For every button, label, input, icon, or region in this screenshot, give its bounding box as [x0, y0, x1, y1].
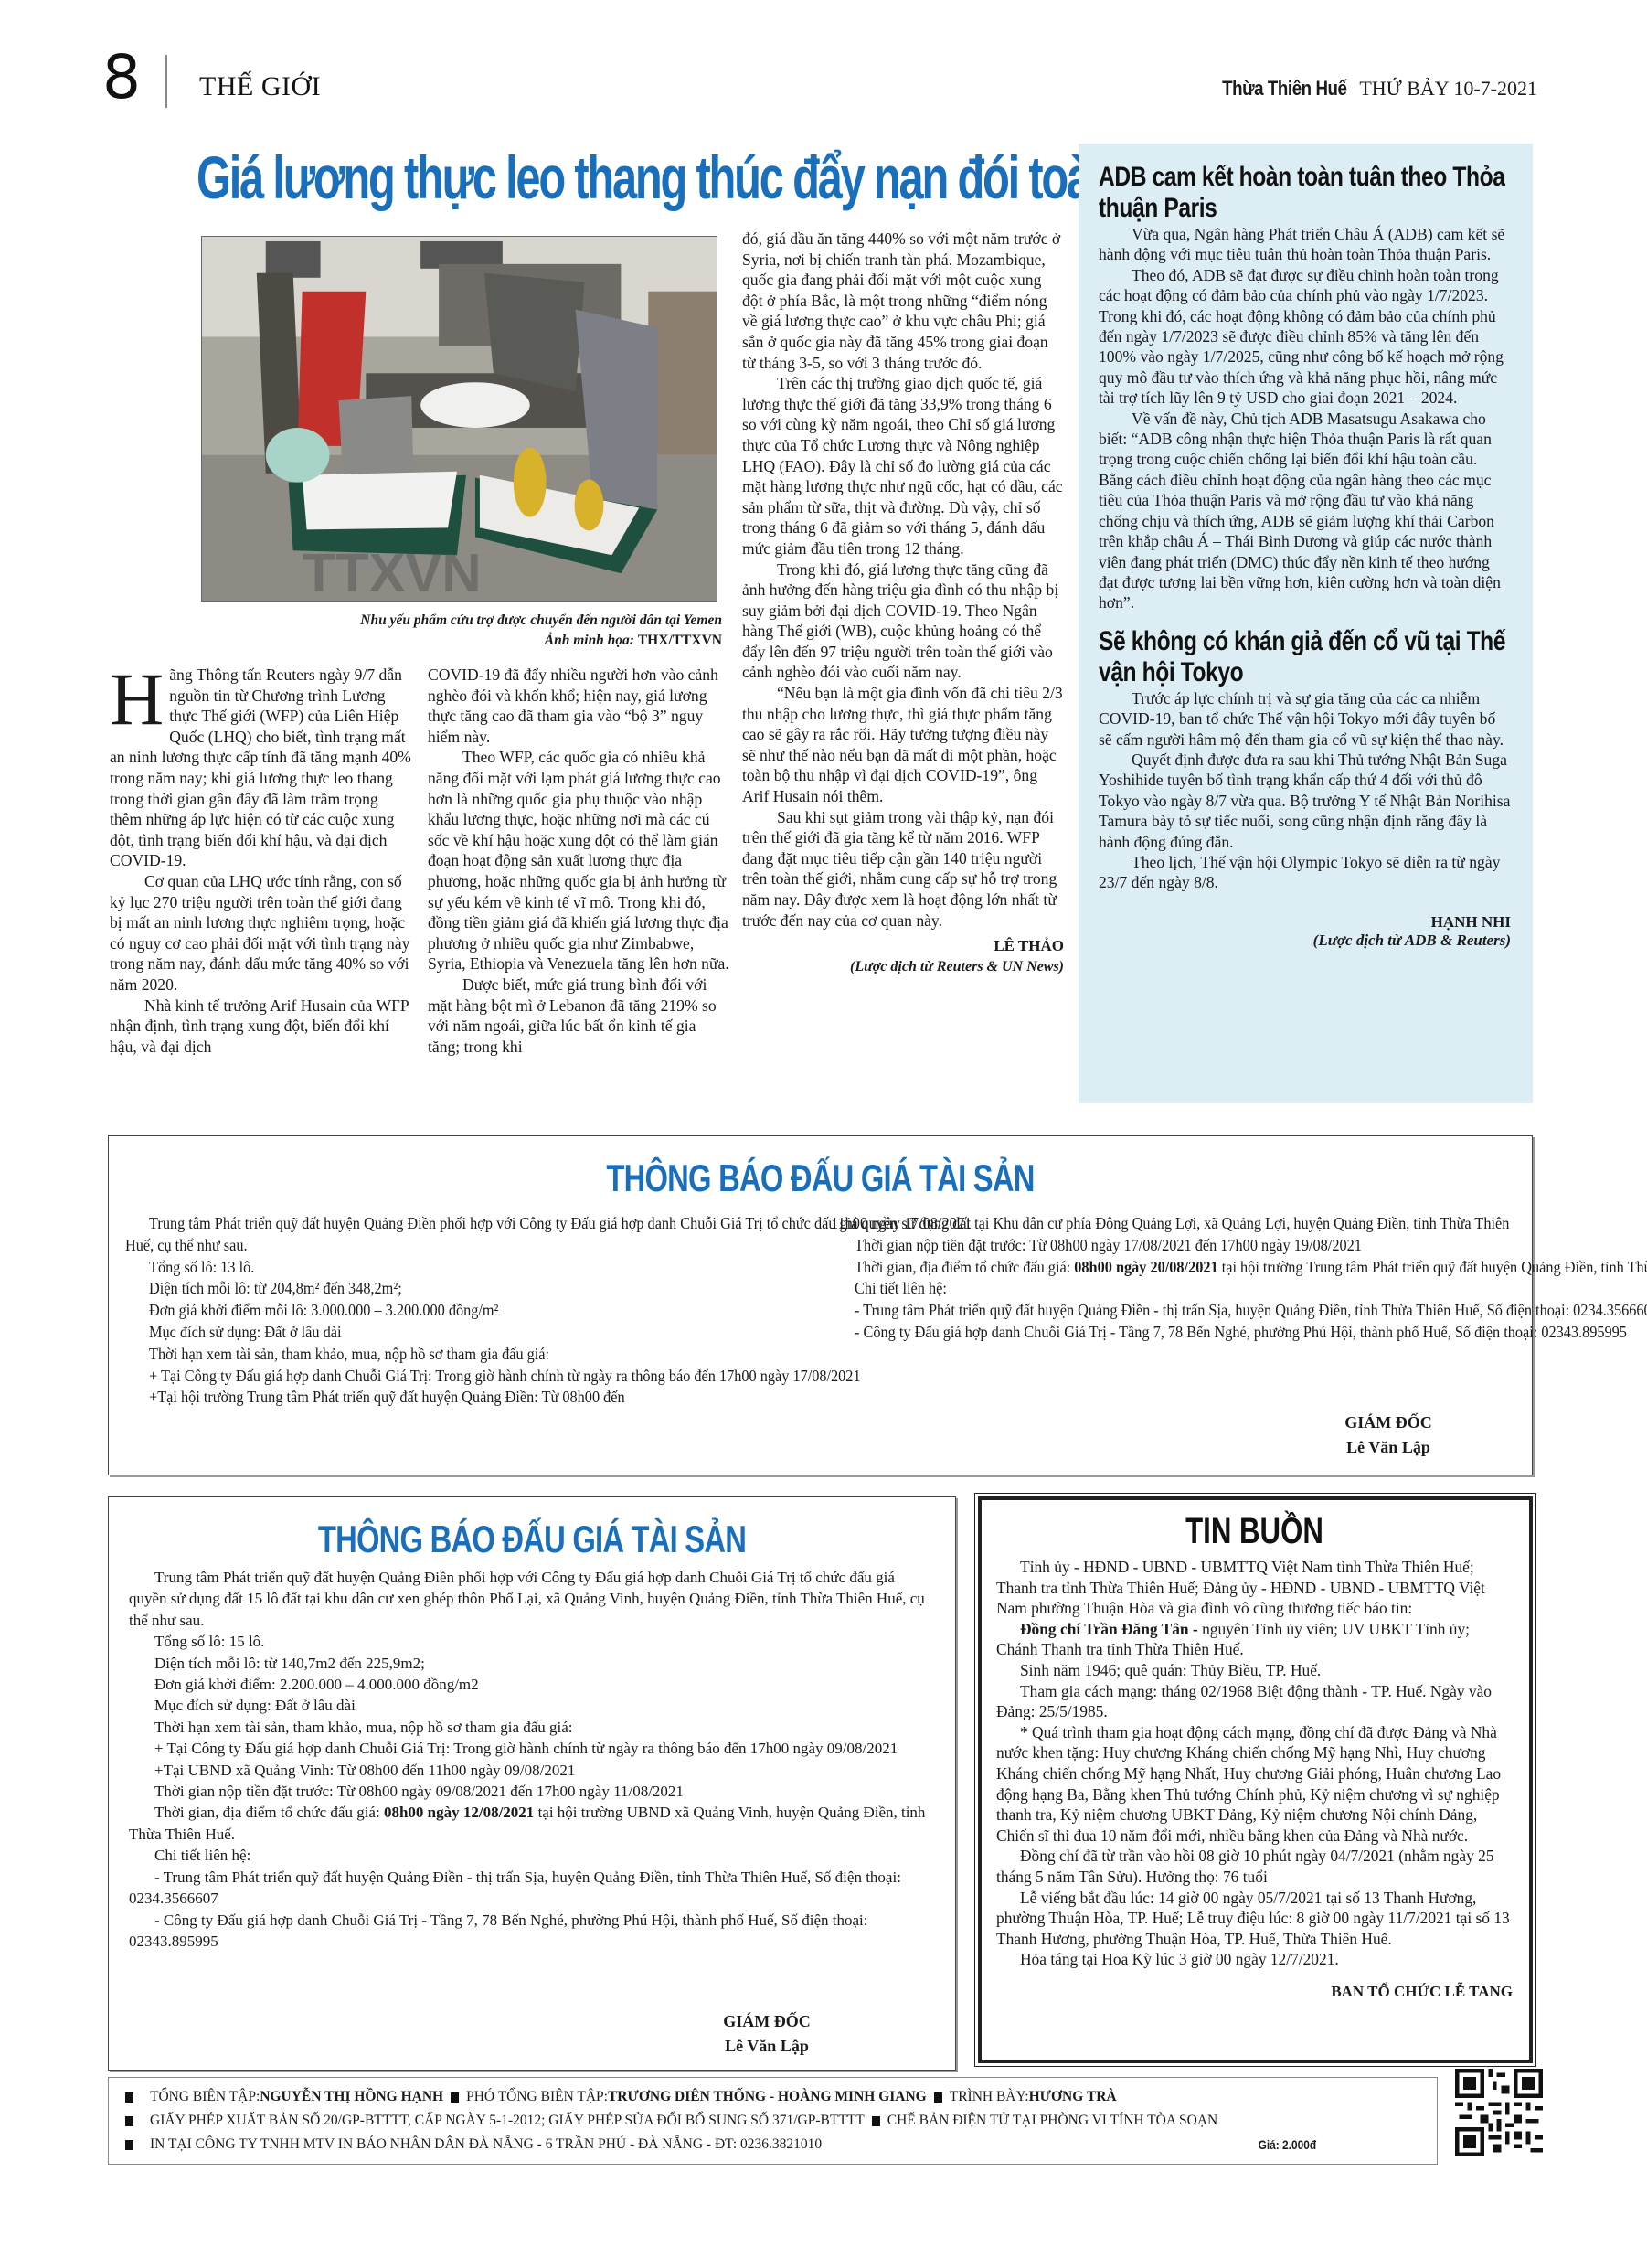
article-column-3: đó, giá dầu ăn tăng 440% so với một năm … [742, 229, 1064, 977]
article-paragraph: Trong khi đó, giá lương thực tăng cũng đ… [742, 559, 1064, 684]
square-bullet-icon [451, 2092, 459, 2103]
square-bullet-icon [125, 2116, 133, 2126]
notice-line: Thời hạn xem tài sản, tham khảo, mua, nộ… [125, 1344, 1541, 1366]
brief-author: HẠNH NHI [1099, 913, 1511, 932]
article-paragraph: Trên các thị trường giao dịch quốc tế, g… [742, 373, 1064, 559]
notice-right-column: 11h00 ngày 17/08/2021 Thời gian nộp tiền… [831, 1213, 1647, 1344]
article-paragraph: đó, giá dầu ăn tăng 440% so với một năm … [742, 229, 1064, 373]
layout-designer: HƯƠNG TRÀ [1029, 2085, 1117, 2109]
notice-signature: GIÁM ĐỐC Lê Văn Lập [1297, 1411, 1480, 1460]
notice-title: THÔNG BÁO ĐẤU GIÁ TÀI SẢN [202, 1514, 862, 1565]
brief-body-adb: Vừa qua, Ngân hàng Phát triển Châu Á (AD… [1099, 224, 1511, 613]
imprint-footer: TỔNG BIÊN TẬP: NGUYỄN THỊ HỒNG HẠNH PHÓ … [108, 2077, 1438, 2165]
article-source: (Lược dịch từ Reuters & UN News) [742, 957, 1064, 978]
notice-line: + Tại Công ty Đấu giá hợp danh Chuỗi Giá… [129, 1738, 933, 1759]
notice-line: Trung tâm Phát triển quỹ đất huyện Quảng… [129, 1567, 933, 1631]
article-paragraph: “Nếu bạn là một gia đình vốn đã chi tiêu… [742, 683, 1064, 807]
notice-line: Diện tích mỗi lô: từ 140,7m2 đến 225,9m2… [129, 1653, 933, 1674]
caption-text: Nhu yếu phẩm cứu trợ được chuyển đến ngư… [201, 611, 722, 631]
signer-title: GIÁM ĐỐC [675, 2009, 858, 2034]
printer-text: IN TẠI CÔNG TY TNHH MTV IN BÁO NHÂN DÂN … [150, 2133, 822, 2156]
brief-paragraph: Trước áp lực chính trị và sự gia tăng củ… [1099, 688, 1511, 750]
article-paragraph: Được biết, mức giá trung bình đối với mặ… [428, 974, 729, 1057]
qr-code-icon[interactable] [1455, 2069, 1543, 2156]
cover-price: Giá: 2.000đ [1259, 2133, 1316, 2156]
square-bullet-icon [125, 2092, 133, 2103]
notice-line: Thời hạn xem tài sản, tham khảo, mua, nộ… [129, 1717, 933, 1738]
notice-line: - Công ty Đấu giá hợp danh Chuỗi Giá Trị… [129, 1910, 933, 1953]
section-title: THẾ GIỚI [199, 71, 321, 102]
typeset-text: CHẾ BẢN ĐIỆN TỬ TẠI PHÒNG VI TÍNH TÒA SO… [887, 2109, 1218, 2133]
notice-line: Chi tiết liên hệ: [129, 1845, 933, 1866]
main-headline: Giá lương thực leo thang thúc đẩy nạn đó… [197, 137, 845, 218]
notice-line: +Tại hội trường Trung tâm Phát triển quỹ… [125, 1387, 1541, 1409]
editor-in-chief: NGUYỄN THỊ HỒNG HẠNH [260, 2085, 443, 2109]
brief-body-tokyo: Trước áp lực chính trị và sự gia tăng củ… [1099, 688, 1511, 893]
obituary-line: Tỉnh ủy - HĐND - UBND - UBMTTQ Việt Nam … [996, 1557, 1513, 1619]
article-column-1: Hãng Thông tấn Reuters ngày 9/7 dẫn nguồ… [110, 665, 411, 1057]
article-paragraph: Nhà kinh tế trưởng Arif Husain của WFP n… [110, 996, 411, 1058]
license-text: GIẤY PHÉP XUẤT BẢN SỐ 20/GP-BTTTT, CẤP N… [150, 2109, 865, 2133]
obituary-signature: BAN TỔ CHỨC LỄ TANG [996, 1983, 1513, 2001]
brief-paragraph: Quyết định được đưa ra sau khi Thủ tướng… [1099, 750, 1511, 852]
article-paragraph: COVID-19 đã đẩy nhiều người hơn vào cảnh… [428, 665, 729, 747]
page-number: 8 [102, 48, 141, 108]
obituary-line: Hỏa táng tại Hoa Kỳ lúc 3 giờ 00 ngày 12… [996, 1949, 1513, 1970]
notice-line: Tổng số lô: 15 lô. [129, 1631, 933, 1652]
obituary-notice: TIN BUỒN Tỉnh ủy - HĐND - UBND - UBMTTQ … [978, 1496, 1533, 2063]
signer-title: GIÁM ĐỐC [1297, 1411, 1480, 1435]
news-brief-sidebar: ADB cam kết hoàn toàn tuân theo Thỏa thu… [1079, 144, 1533, 1103]
brief-source: (Lược dịch từ ADB & Reuters) [1099, 932, 1511, 950]
photo-credit: Ảnh minh họa: THX/TTXVN [201, 631, 722, 651]
footer-staff-line: TỔNG BIÊN TẬP: NGUYỄN THỊ HỒNG HẠNH PHÓ … [125, 2085, 1422, 2109]
brief-paragraph: Về vấn đề này, Chủ tịch ADB Masatsugu As… [1099, 409, 1511, 613]
auction-notice-1: THÔNG BÁO ĐẤU GIÁ TÀI SẢN Trung tâm Phát… [108, 1135, 1533, 1475]
signer-name: Lê Văn Lập [675, 2034, 858, 2059]
svg-text:TTXVN: TTXVN [303, 542, 482, 601]
obituary-line: Lễ viếng bắt đầu lúc: 14 giờ 00 ngày 05/… [996, 1888, 1513, 1950]
obituary-line: Đồng chí Trần Đăng Tân - nguyên Tỉnh ủy … [996, 1619, 1513, 1660]
obituary-title: TIN BUỒN [1053, 1509, 1456, 1553]
masthead: Thừa Thiên Huế THỨ BẢY 10-7-2021 [1200, 77, 1537, 101]
notice-line: +Tại UBND xã Quảng Vinh: Từ 08h00 đến 11… [129, 1760, 933, 1781]
article-paragraph: Theo WFP, các quốc gia có nhiều khả năng… [428, 747, 729, 974]
article-paragraph: Cơ quan của LHQ ước tính rằng, con số kỷ… [110, 871, 411, 996]
notice-line: Thời gian nộp tiền đặt trước: Từ 08h00 n… [129, 1781, 933, 1802]
brief-paragraph: Vừa qua, Ngân hàng Phát triển Châu Á (AD… [1099, 224, 1511, 265]
notice-signature: GIÁM ĐỐC Lê Văn Lập [675, 2009, 858, 2059]
obituary-line: Đồng chí đã từ trần vào hồi 08 giờ 10 ph… [996, 1846, 1513, 1887]
notice-title: THÔNG BÁO ĐẤU GIÁ TÀI SẢN [265, 1153, 1375, 1204]
signer-name: Lê Văn Lập [1297, 1435, 1480, 1460]
article-paragraph: Sau khi sụt giảm trong vài thập kỷ, nạn … [742, 807, 1064, 932]
notice-line: Đơn giá khởi điểm: 2.200.000 – 4.000.000… [129, 1674, 933, 1695]
photo-image-icon: TTXVN [202, 237, 717, 601]
obituary-body: Tỉnh ủy - HĐND - UBND - UBMTTQ Việt Nam … [996, 1557, 1513, 1970]
header-divider [165, 55, 167, 108]
brief-title-tokyo: Sẽ không có khán giả đến cổ vũ tại Thế v… [1099, 626, 1511, 688]
notice-line: - Trung tâm Phát triển quỹ đất huyện Quả… [129, 1867, 933, 1910]
article-photo: TTXVN [201, 236, 717, 602]
paper-name: Thừa Thiên Huế [1222, 77, 1346, 101]
notice-body: Trung tâm Phát triển quỹ đất huyện Quảng… [129, 1567, 933, 1952]
brief-paragraph: Theo đó, ADB sẽ đạt được sự điều chỉnh h… [1099, 265, 1511, 409]
footer-printer-line: IN TẠI CÔNG TY TNHH MTV IN BÁO NHÂN DÂN … [125, 2133, 1422, 2156]
notice-line: - Công ty Đấu giá hợp danh Chuỗi Giá Trị… [831, 1322, 1647, 1344]
obituary-line: * Quá trình tham gia hoạt động cách mạng… [996, 1722, 1513, 1847]
square-bullet-icon [934, 2092, 942, 2103]
drop-cap: H [110, 670, 164, 729]
notice-line: - Trung tâm Phát triển quỹ đất huyện Quả… [831, 1300, 1647, 1322]
notice-line: Thời gian nộp tiền đặt trước: Từ 08h00 n… [831, 1235, 1647, 1257]
brief-paragraph: Theo lịch, Thế vận hội Olympic Tokyo sẽ … [1099, 852, 1511, 893]
article-paragraph: Hãng Thông tấn Reuters ngày 9/7 dẫn nguồ… [110, 665, 411, 871]
notice-line: Chi tiết liên hệ: [831, 1278, 1647, 1300]
notice-line: 11h00 ngày 17/08/2021 [831, 1213, 1647, 1235]
notice-line: Mục đích sử dụng: Đất ở lâu dài [129, 1695, 933, 1716]
article-column-2: COVID-19 đã đẩy nhiều người hơn vào cảnh… [428, 665, 729, 1057]
square-bullet-icon [872, 2116, 880, 2126]
notice-line: + Tại Công ty Đấu giá hợp danh Chuỗi Giá… [125, 1366, 1541, 1388]
auction-notice-2: THÔNG BÁO ĐẤU GIÁ TÀI SẢN Trung tâm Phát… [108, 1496, 956, 2071]
footer-license-line: GIẤY PHÉP XUẤT BẢN SỐ 20/GP-BTTTT, CẤP N… [125, 2109, 1422, 2133]
deputy-editors: TRƯƠNG DIÊN THỐNG - HOÀNG MINH GIANG [608, 2085, 927, 2109]
square-bullet-icon [125, 2140, 133, 2150]
brief-title-adb: ADB cam kết hoàn toàn tuân theo Thỏa thu… [1099, 162, 1511, 224]
notice-line: Thời gian, địa điểm tổ chức đấu giá: 08h… [831, 1257, 1647, 1279]
obituary-line: Tham gia cách mạng: tháng 02/1968 Biệt đ… [996, 1681, 1513, 1722]
obituary-line: Sinh năm 1946; quê quán: Thủy Biều, TP. … [996, 1660, 1513, 1681]
notice-line: Thời gian, địa điểm tổ chức đấu giá: 08h… [129, 1802, 933, 1845]
issue-date: THỨ BẢY 10-7-2021 [1359, 77, 1537, 100]
article-author: LÊ THẢO [742, 936, 1064, 957]
photo-caption: Nhu yếu phẩm cứu trợ được chuyển đến ngư… [201, 611, 722, 651]
